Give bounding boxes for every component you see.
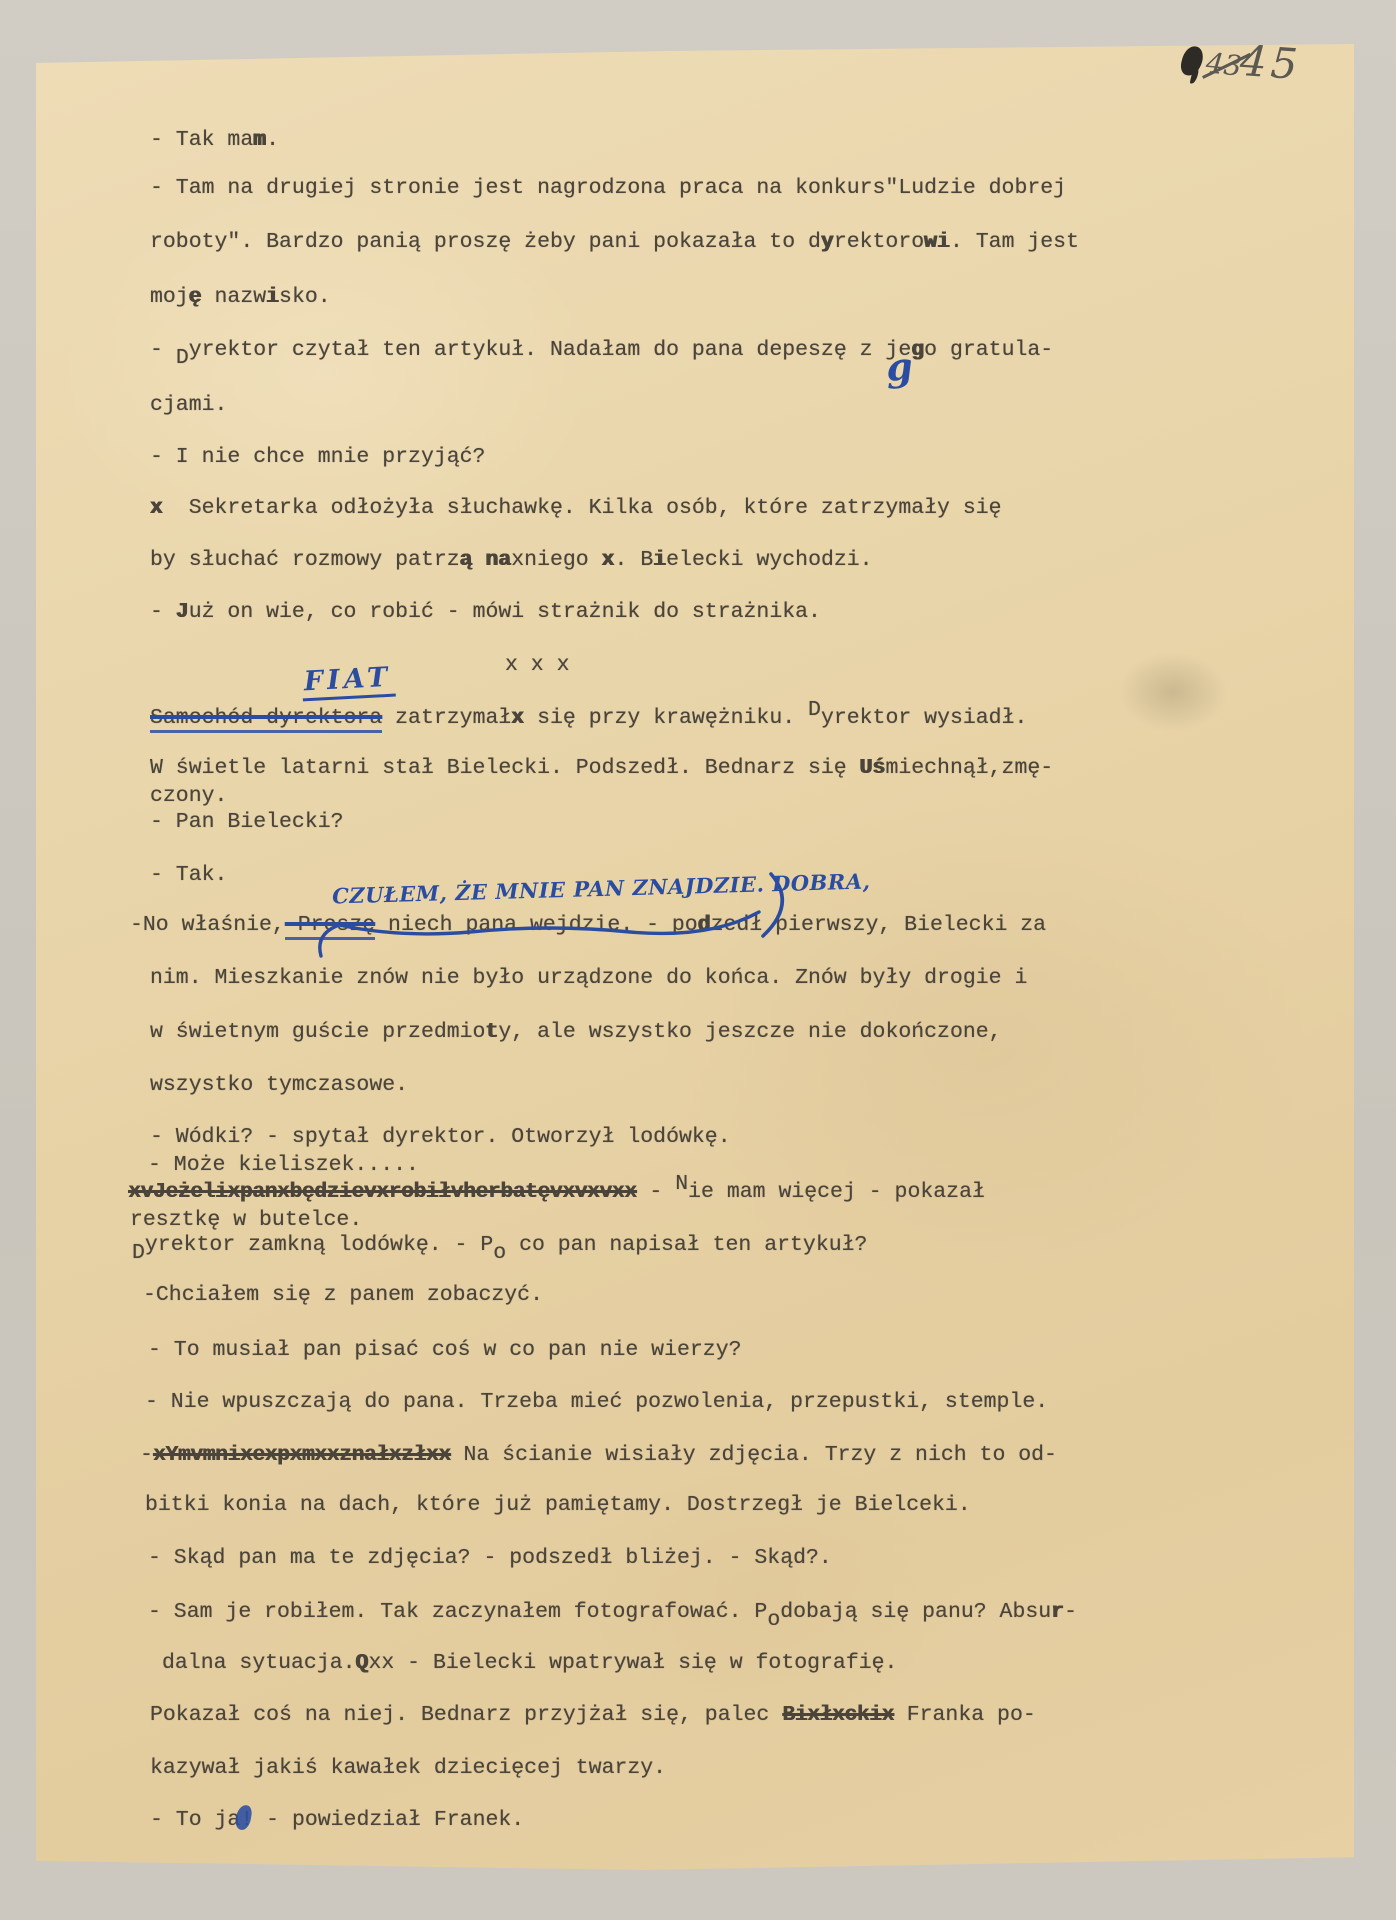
typed-line: kazywał jakiś kawałek dziecięcej twarzy. bbox=[150, 1758, 666, 1780]
typed-line: moję nazwisko. bbox=[150, 287, 331, 309]
typed-line: x x x bbox=[505, 655, 570, 677]
typed-line: - Sam je robiłem. Tak zaczynałem fotogra… bbox=[148, 1602, 1077, 1624]
typed-line: -xYmvmnixexpxmxxznałxzłxx Na ścianie wis… bbox=[140, 1445, 1057, 1467]
typed-line: Pokazał coś na niej. Bednarz przyjżał si… bbox=[150, 1705, 1036, 1727]
typed-line: resztkę w butelce. bbox=[130, 1210, 362, 1232]
typed-line: W świetle latarni stał Bielecki. Podszed… bbox=[150, 758, 1053, 780]
typed-line: w świetnym guście przedmioty, ale wszyst… bbox=[150, 1022, 1002, 1044]
page-number-crossed: 43 bbox=[1204, 46, 1243, 83]
typed-line: roboty". Bardzo panią proszę żeby pani p… bbox=[150, 232, 1079, 254]
typed-line: -Chciałem się z panem zobaczyć. bbox=[143, 1285, 543, 1307]
finger-smudge bbox=[1118, 652, 1228, 732]
typed-line: cjami. bbox=[150, 395, 227, 417]
typed-line: - Dyrektor czytał ten artykuł. Nadałam d… bbox=[150, 340, 1053, 362]
typed-line: - Tam na drugiej stronie jest nagrodzona… bbox=[150, 178, 1066, 200]
scan-background: 43 45 - Tak mam.- Tam na drugiej stronie… bbox=[0, 0, 1396, 1920]
typed-line: Samochód dyrektora zatrzymałx się przy k… bbox=[150, 708, 1027, 730]
typed-line: - To musiał pan pisać coś w co pan nie w… bbox=[148, 1340, 742, 1362]
typed-line: x Sekretarka odłożyła słuchawkę. Kilka o… bbox=[150, 498, 1002, 520]
typed-line: - Tak. bbox=[150, 865, 227, 887]
typed-line: dalna sytuacja.Qxx - Bielecki wpatrywał … bbox=[162, 1653, 897, 1675]
page-number: 45 bbox=[1238, 36, 1303, 89]
typed-line: - Tak mam. bbox=[150, 130, 279, 152]
typed-line: nim. Mieszkanie znów nie było urządzone … bbox=[150, 968, 1027, 990]
typed-line: Dyrektor zamkną lodówkę. - Po co pan nap… bbox=[132, 1235, 867, 1257]
typed-line: - I nie chce mnie przyjąć? bbox=[150, 447, 485, 469]
typed-line: - Może kieliszek..... bbox=[148, 1155, 419, 1177]
handwritten-inserted-g: g bbox=[884, 343, 914, 390]
typed-line: by słuchać rozmowy patrzą naxniego x. Bi… bbox=[150, 550, 873, 572]
typed-line: - Wódki? - spytał dyrektor. Otworzył lod… bbox=[150, 1127, 731, 1149]
typed-line: - Nie wpuszczają do pana. Trzeba mieć po… bbox=[145, 1392, 1048, 1414]
typed-line: xvJeżelixpanxbędzievxrobiłvherbatęvxvxvx… bbox=[128, 1182, 985, 1204]
typed-line: - Pan Bielecki? bbox=[150, 812, 344, 834]
handwritten-fiat-annotation: FIAT bbox=[301, 662, 396, 702]
typed-line: - Skąd pan ma te zdjęcia? - podszedł bli… bbox=[148, 1548, 832, 1570]
typed-line: wszystko tymczasowe. bbox=[150, 1075, 408, 1097]
typed-line: czony. bbox=[150, 786, 227, 808]
page-number-area: 43 45 bbox=[1182, 38, 1342, 108]
typed-line: - To ja! - powiedział Franek. bbox=[150, 1810, 524, 1832]
typed-line: - Już on wie, co robić - mówi strażnik d… bbox=[150, 602, 821, 624]
typed-line: bitki konia na dach, które już pamiętamy… bbox=[145, 1495, 971, 1517]
ink-blob bbox=[1179, 44, 1206, 78]
